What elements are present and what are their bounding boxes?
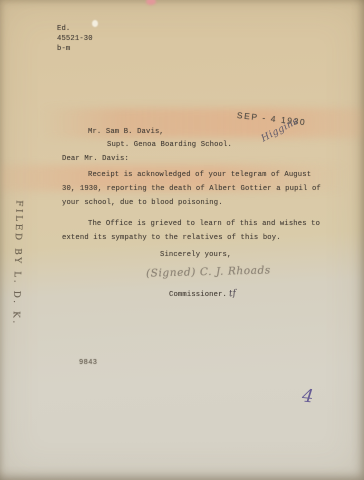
letter-scan: Ed. 45521-30 b-m SEP - 4 1930 Higgins Mr… <box>0 0 364 480</box>
pink-edge-mark <box>146 0 156 5</box>
filed-by-stamp: FILED BY L. D. K. <box>10 188 24 338</box>
handwritten-numeral: 4 <box>301 385 315 407</box>
body-line: your school, due to blood poisoning. <box>62 199 223 208</box>
body-line: extend its sympathy to the relatives of … <box>62 234 281 243</box>
salutation: Dear Mr. Davis: <box>62 155 129 164</box>
file-notation-line: Ed. <box>57 25 70 34</box>
file-notation-line: b-m <box>57 45 70 54</box>
paper-speck <box>92 20 98 27</box>
body-line: The Office is grieved to learn of this a… <box>88 220 320 229</box>
body-line: 30, 1930, reporting the death of Albert … <box>62 185 321 194</box>
signer-title: Commissioner. <box>169 291 227 300</box>
file-notation-line: 45521-30 <box>57 35 93 44</box>
closing: Sincerely yours, <box>160 251 231 260</box>
body-line: Receipt is acknowledged of your telegram… <box>88 171 311 180</box>
handwritten-initials: tf <box>228 289 236 300</box>
signature-stamp: (Signed) C. J. Rhoads <box>146 264 271 279</box>
recipient-title-line: Supt. Genoa Boarding School. <box>107 141 232 150</box>
recipient-name-line: Mr. Sam B. Davis, <box>88 128 164 137</box>
stamp-number: 9843 <box>79 360 97 367</box>
